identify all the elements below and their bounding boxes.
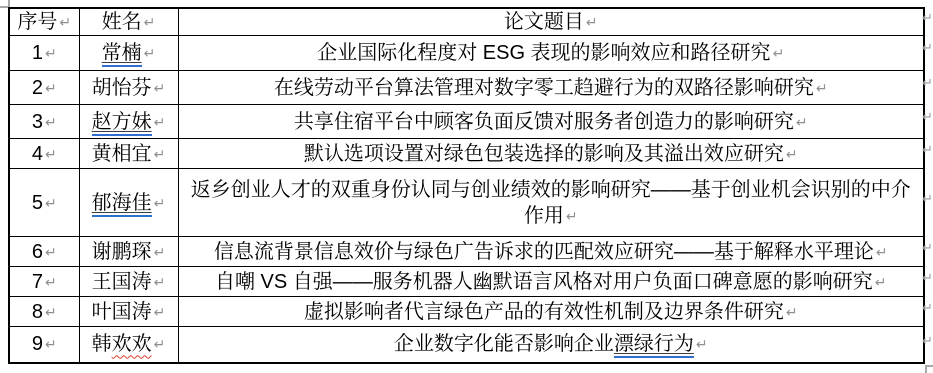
cell-name[interactable]: 常楠↵ — [79, 36, 178, 71]
cell-end-mark-icon: ↵ — [45, 275, 57, 291]
cell-name[interactable]: 黄相宜↵ — [79, 139, 178, 169]
cell-end-mark-icon: ↵ — [876, 245, 888, 261]
student-name: 叶国涛 — [92, 301, 152, 323]
document-page: 序号↵ 姓名↵ 论文题目↵ 1↵ 常楠↵ 企业国际化程度对 ESG 表现的影响效… — [0, 0, 933, 373]
cell-end-mark-icon: ↵ — [566, 209, 578, 225]
cell-end-mark-icon: ↵ — [786, 147, 798, 163]
end-of-row-mark-icon: ↵ — [922, 271, 933, 287]
row-number: 4 — [32, 143, 43, 165]
thesis-title-highlighted-term: 漂绿行为 — [614, 333, 694, 358]
table-header-row: 序号↵ 姓名↵ 论文题目↵ — [9, 8, 924, 36]
student-name-misspelled: 欢欢 — [112, 333, 152, 355]
student-name: 胡怡芬 — [92, 77, 152, 99]
cell-end-mark-icon: ↵ — [696, 337, 708, 353]
cell-title[interactable]: 自嘲 VS 自强——服务机器人幽默语言风格对用户负面口碑意愿的影响研究↵ — [178, 267, 924, 297]
cell-end-mark-icon: ↵ — [45, 337, 57, 353]
cell-end-mark-icon: ↵ — [154, 115, 166, 131]
table-row: 2↵ 胡怡芬↵ 在线劳动平台算法管理对数字零工趋避行为的双路径影响研究↵ — [9, 71, 924, 105]
end-of-row-mark-icon: ↵ — [922, 76, 933, 92]
table-row: 5↵ 郁海佳↵ 返乡创业人才的双重身份认同与创业绩效的影响研究——基于创业机会识… — [9, 169, 924, 237]
cell-end-mark-icon: ↵ — [786, 305, 798, 321]
student-name: 常楠 — [102, 42, 142, 67]
end-of-row-mark-icon: ↵ — [922, 41, 933, 57]
table-resize-handle-icon[interactable] — [925, 365, 933, 373]
end-of-row-mark-icon: ↵ — [922, 110, 933, 126]
cell-no[interactable]: 5↵ — [9, 169, 79, 237]
thesis-title: 共享住宿平台中顾客负面反馈对服务者创造力的影响研究 — [294, 111, 794, 133]
cell-end-mark-icon: ↵ — [144, 46, 156, 62]
cell-name[interactable]: 王国涛↵ — [79, 267, 178, 297]
header-title-label: 论文题目 — [504, 11, 584, 33]
thesis-title: 企业国际化程度对 ESG 表现的影响效应和路径研究 — [317, 42, 770, 64]
end-of-row-mark-icon: ↵ — [922, 334, 933, 350]
cell-end-mark-icon: ↵ — [154, 196, 166, 212]
cell-end-mark-icon: ↵ — [773, 46, 785, 62]
thesis-title: 企业数字化能否影响企业 — [394, 333, 614, 355]
end-of-row-mark-icon: ↵ — [922, 241, 933, 257]
cell-no[interactable]: 2↵ — [9, 71, 79, 105]
end-of-row-mark-icon: ↵ — [922, 301, 933, 317]
cell-name[interactable]: 叶国涛↵ — [79, 297, 178, 327]
header-no-label: 序号 — [17, 11, 57, 33]
header-cell-name[interactable]: 姓名↵ — [79, 8, 178, 36]
row-number: 5 — [32, 192, 43, 214]
cell-end-mark-icon: ↵ — [796, 115, 808, 131]
cell-end-mark-icon: ↵ — [154, 305, 166, 321]
row-number: 3 — [32, 111, 43, 133]
end-of-row-mark-icon: ↵ — [922, 192, 933, 208]
cell-no[interactable]: 1↵ — [9, 36, 79, 71]
thesis-title: 返乡创业人才的双重身份认同与创业绩效的影响研究——基于创业机会识别的中介作用 — [191, 179, 911, 227]
cell-name[interactable]: 胡怡芬↵ — [79, 71, 178, 105]
table-row: 7↵ 王国涛↵ 自嘲 VS 自强——服务机器人幽默语言风格对用户负面口碑意愿的影… — [9, 267, 924, 297]
cell-end-mark-icon: ↵ — [45, 245, 57, 261]
row-number: 7 — [32, 271, 43, 293]
student-name: 谢鹏琛 — [92, 241, 152, 263]
student-name: 郁海佳 — [92, 192, 152, 217]
cell-name[interactable]: 郁海佳↵ — [79, 169, 178, 237]
cell-end-mark-icon: ↵ — [154, 81, 166, 97]
header-name-label: 姓名 — [102, 11, 142, 33]
cell-end-mark-icon: ↵ — [154, 245, 166, 261]
thesis-title: 在线劳动平台算法管理对数字零工趋避行为的双路径影响研究 — [274, 77, 814, 99]
table-row: 6↵ 谢鹏琛↵ 信息流背景信息效价与绿色广告诉求的匹配效应研究——基于解释水平理… — [9, 237, 924, 267]
student-name: 赵方妹 — [92, 111, 152, 136]
table-row: 9↵ 韩欢欢↵ 企业数字化能否影响企业漂绿行为↵ — [9, 327, 924, 363]
end-of-row-mark-icon: ↵ — [922, 143, 933, 159]
cell-title[interactable]: 企业国际化程度对 ESG 表现的影响效应和路径研究↵ — [178, 36, 924, 71]
cell-no[interactable]: 8↵ — [9, 297, 79, 327]
cell-title[interactable]: 虚拟影响者代言绿色产品的有效性机制及边界条件研究↵ — [178, 297, 924, 327]
table-row: 3↵ 赵方妹↵ 共享住宿平台中顾客负面反馈对服务者创造力的影响研究↵ — [9, 105, 924, 139]
cell-name[interactable]: 韩欢欢↵ — [79, 327, 178, 363]
cell-no[interactable]: 4↵ — [9, 139, 79, 169]
student-name: 黄相宜 — [92, 143, 152, 165]
cell-name[interactable]: 赵方妹↵ — [79, 105, 178, 139]
row-number: 6 — [32, 241, 43, 263]
table-row: 4↵ 黄相宜↵ 默认选项设置对绿色包装选择的影响及其溢出效应研究↵ — [9, 139, 924, 169]
cell-no[interactable]: 9↵ — [9, 327, 79, 363]
thesis-table: 序号↵ 姓名↵ 论文题目↵ 1↵ 常楠↵ 企业国际化程度对 ESG 表现的影响效… — [8, 7, 925, 364]
cell-end-mark-icon: ↵ — [875, 275, 887, 291]
thesis-title: 信息流背景信息效价与绿色广告诉求的匹配效应研究——基于解释水平理论 — [214, 241, 874, 263]
cell-end-mark-icon: ↵ — [45, 46, 57, 62]
thesis-title: 虚拟影响者代言绿色产品的有效性机制及边界条件研究 — [304, 301, 784, 323]
cell-end-mark-icon: ↵ — [45, 115, 57, 131]
row-number: 1 — [32, 42, 43, 64]
student-name: 王国涛 — [92, 271, 152, 293]
table-row: 8↵ 叶国涛↵ 虚拟影响者代言绿色产品的有效性机制及边界条件研究↵ — [9, 297, 924, 327]
cell-title[interactable]: 在线劳动平台算法管理对数字零工趋避行为的双路径影响研究↵ — [178, 71, 924, 105]
end-of-row-mark-icon: ↵ — [922, 11, 933, 27]
cell-end-mark-icon: ↵ — [154, 147, 166, 163]
cell-end-mark-icon: ↵ — [45, 147, 57, 163]
cell-end-mark-icon: ↵ — [45, 81, 57, 97]
cell-title[interactable]: 返乡创业人才的双重身份认同与创业绩效的影响研究——基于创业机会识别的中介作用↵ — [178, 169, 924, 237]
header-cell-no[interactable]: 序号↵ — [9, 8, 79, 36]
cell-title[interactable]: 默认选项设置对绿色包装选择的影响及其溢出效应研究↵ — [178, 139, 924, 169]
row-number: 9 — [32, 333, 43, 355]
cell-end-mark-icon: ↵ — [59, 15, 71, 31]
cell-end-mark-icon: ↵ — [816, 81, 828, 97]
cell-no[interactable]: 3↵ — [9, 105, 79, 139]
thesis-title: 自嘲 VS 自强——服务机器人幽默语言风格对用户负面口碑意愿的影响研究 — [215, 271, 873, 293]
cell-end-mark-icon: ↵ — [154, 337, 166, 353]
cell-end-mark-icon: ↵ — [45, 305, 57, 321]
cell-title[interactable]: 共享住宿平台中顾客负面反馈对服务者创造力的影响研究↵ — [178, 105, 924, 139]
header-cell-title[interactable]: 论文题目↵ — [178, 8, 924, 36]
cell-no[interactable]: 7↵ — [9, 267, 79, 297]
cell-name[interactable]: 谢鹏琛↵ — [79, 237, 178, 267]
cell-no[interactable]: 6↵ — [9, 237, 79, 267]
cell-end-mark-icon: ↵ — [154, 275, 166, 291]
row-number: 8 — [32, 301, 43, 323]
student-name: 韩 — [92, 333, 112, 355]
cell-end-mark-icon: ↵ — [144, 15, 156, 31]
table-row: 1↵ 常楠↵ 企业国际化程度对 ESG 表现的影响效应和路径研究↵ — [9, 36, 924, 71]
cell-title[interactable]: 信息流背景信息效价与绿色广告诉求的匹配效应研究——基于解释水平理论↵ — [178, 237, 924, 267]
row-number: 2 — [32, 77, 43, 99]
thesis-title: 默认选项设置对绿色包装选择的影响及其溢出效应研究 — [304, 143, 784, 165]
cell-end-mark-icon: ↵ — [45, 196, 57, 212]
cell-title[interactable]: 企业数字化能否影响企业漂绿行为↵ — [178, 327, 924, 363]
cell-end-mark-icon: ↵ — [586, 15, 598, 31]
